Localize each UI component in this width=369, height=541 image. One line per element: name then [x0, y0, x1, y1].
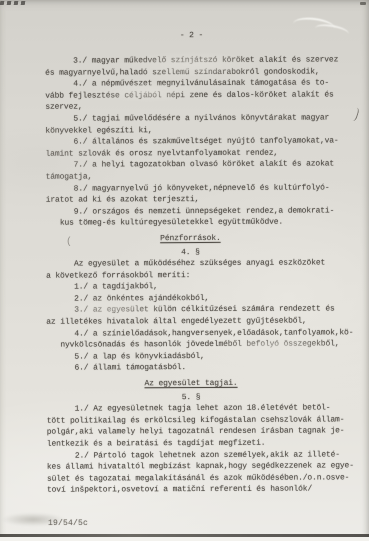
document-body: 3./ magyar műkedvelő színjátszó köröket …	[45, 54, 364, 496]
section-heading: Pénzforrások.	[32, 232, 349, 245]
text-line: vább fejlesztése céljából népi zene és d…	[45, 89, 362, 102]
text-line: 3./ magyar műkedvelő színjátszó köröket …	[45, 54, 362, 67]
text-line: nyvkölcsönadás és hasonlók jövedelméből …	[46, 339, 363, 352]
section-number: 5. §	[33, 391, 350, 404]
text-line: 6./ általános és szakműveltséget nyújtó …	[45, 135, 362, 148]
scan-mark-top-right	[360, 2, 366, 5]
scanner-background-strip	[0, 537, 369, 541]
section-heading: Az egyesület tagjai.	[33, 377, 350, 390]
text-line: kus tömeg-és kultúregyesületekkel együtt…	[46, 217, 363, 230]
text-line: toví inšpektori,osvetoví a matiční refer…	[47, 484, 364, 497]
text-line: 3./ az egyesület külön célkitűzései szám…	[46, 304, 363, 317]
stray-margin-mark: (	[66, 237, 72, 248]
text-line: sület és tagozatai megalakításánál és az…	[47, 472, 364, 485]
section-number: 4. §	[32, 246, 349, 259]
text-line: 5./ tagjai művelődésére a nyilvános köny…	[45, 112, 362, 125]
scanned-document-page: - 2 - 3./ magyar műkedvelő színjátszó kö…	[0, 0, 369, 541]
text-line: 7./ a helyi tagozatokban olvasó köröket …	[46, 159, 363, 172]
scan-mark-top-left	[0, 1, 27, 5]
text-line: 9./ országos és nemzeti ünnepségeket ren…	[46, 205, 363, 218]
typewritten-text-block: - 2 - 3./ magyar műkedvelő színjátszó kö…	[45, 29, 364, 496]
text-line: Az egyesület a működéséhez szükséges any…	[46, 257, 363, 270]
text-line: 8./ magyarnyelvű jó könyveket,népnevelő …	[46, 182, 363, 195]
text-line: 6./ állami támogatásból.	[46, 362, 363, 375]
text-line: polgár,aki valamely helyi tagozatnál ren…	[47, 426, 364, 439]
eraser-smudge	[2, 513, 64, 526]
